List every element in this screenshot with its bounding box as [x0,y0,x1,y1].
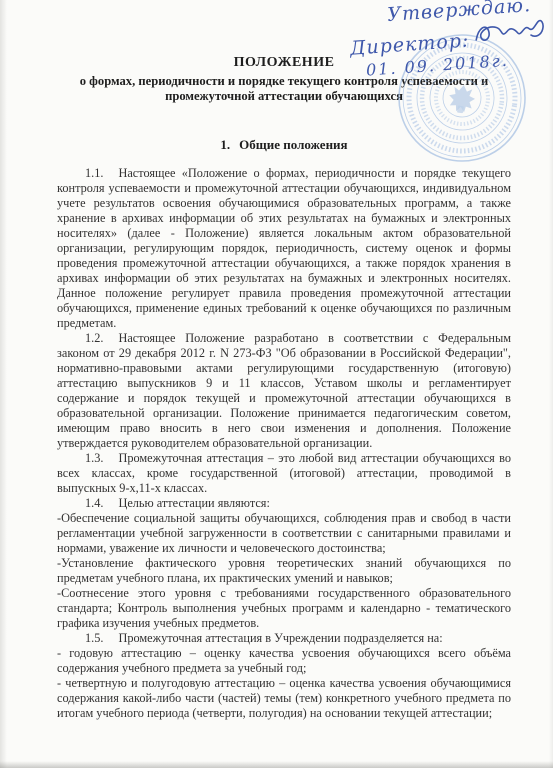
bullet-knowledge-level: -Установление фактического уровня теорет… [57,556,511,586]
bullet-standard-compliance: -Соотнесение этого уровня с требованиями… [57,586,511,631]
section-title: Общие положения [239,137,347,152]
paragraph-1-1: 1.1.Настоящее «Положение о формах, перио… [57,166,511,331]
section-number: 1. [220,137,230,152]
bullet-quarter-attestation: - четвертную и полугодовую аттестацию – … [57,676,511,721]
bullet-social-protection: -Обеспечение социальной защиты обучающих… [57,511,511,556]
scan-edge-right [549,0,553,768]
director-signature [472,15,548,51]
section-body: 1.1.Настоящее «Положение о формах, перио… [57,166,511,721]
paragraph-1-3: 1.3.Промежуточная аттестация – это любой… [57,451,511,496]
paragraph-1-5: 1.5.Промежуточная аттестация в Учреждени… [57,631,511,646]
paragraph-1-2: 1.2.Настоящее Положение разработано в со… [57,331,511,451]
section-heading: 1.Общие положения [57,137,511,153]
document-subtitle: о формах, периодичности и порядке текуще… [57,74,511,104]
paragraph-1-4: 1.4.Целью аттестации являются: [57,496,511,511]
scan-edge-bottom [0,761,553,768]
scan-edge-left [0,0,7,768]
document-page: { "approval": { "ink_color": "#3f58ab", … [0,0,553,768]
document-body: ПОЛОЖЕНИЕ о формах, периодичности и поря… [0,0,553,721]
bullet-annual-attestation: - годовую аттестацию – оценку качества у… [57,646,511,676]
